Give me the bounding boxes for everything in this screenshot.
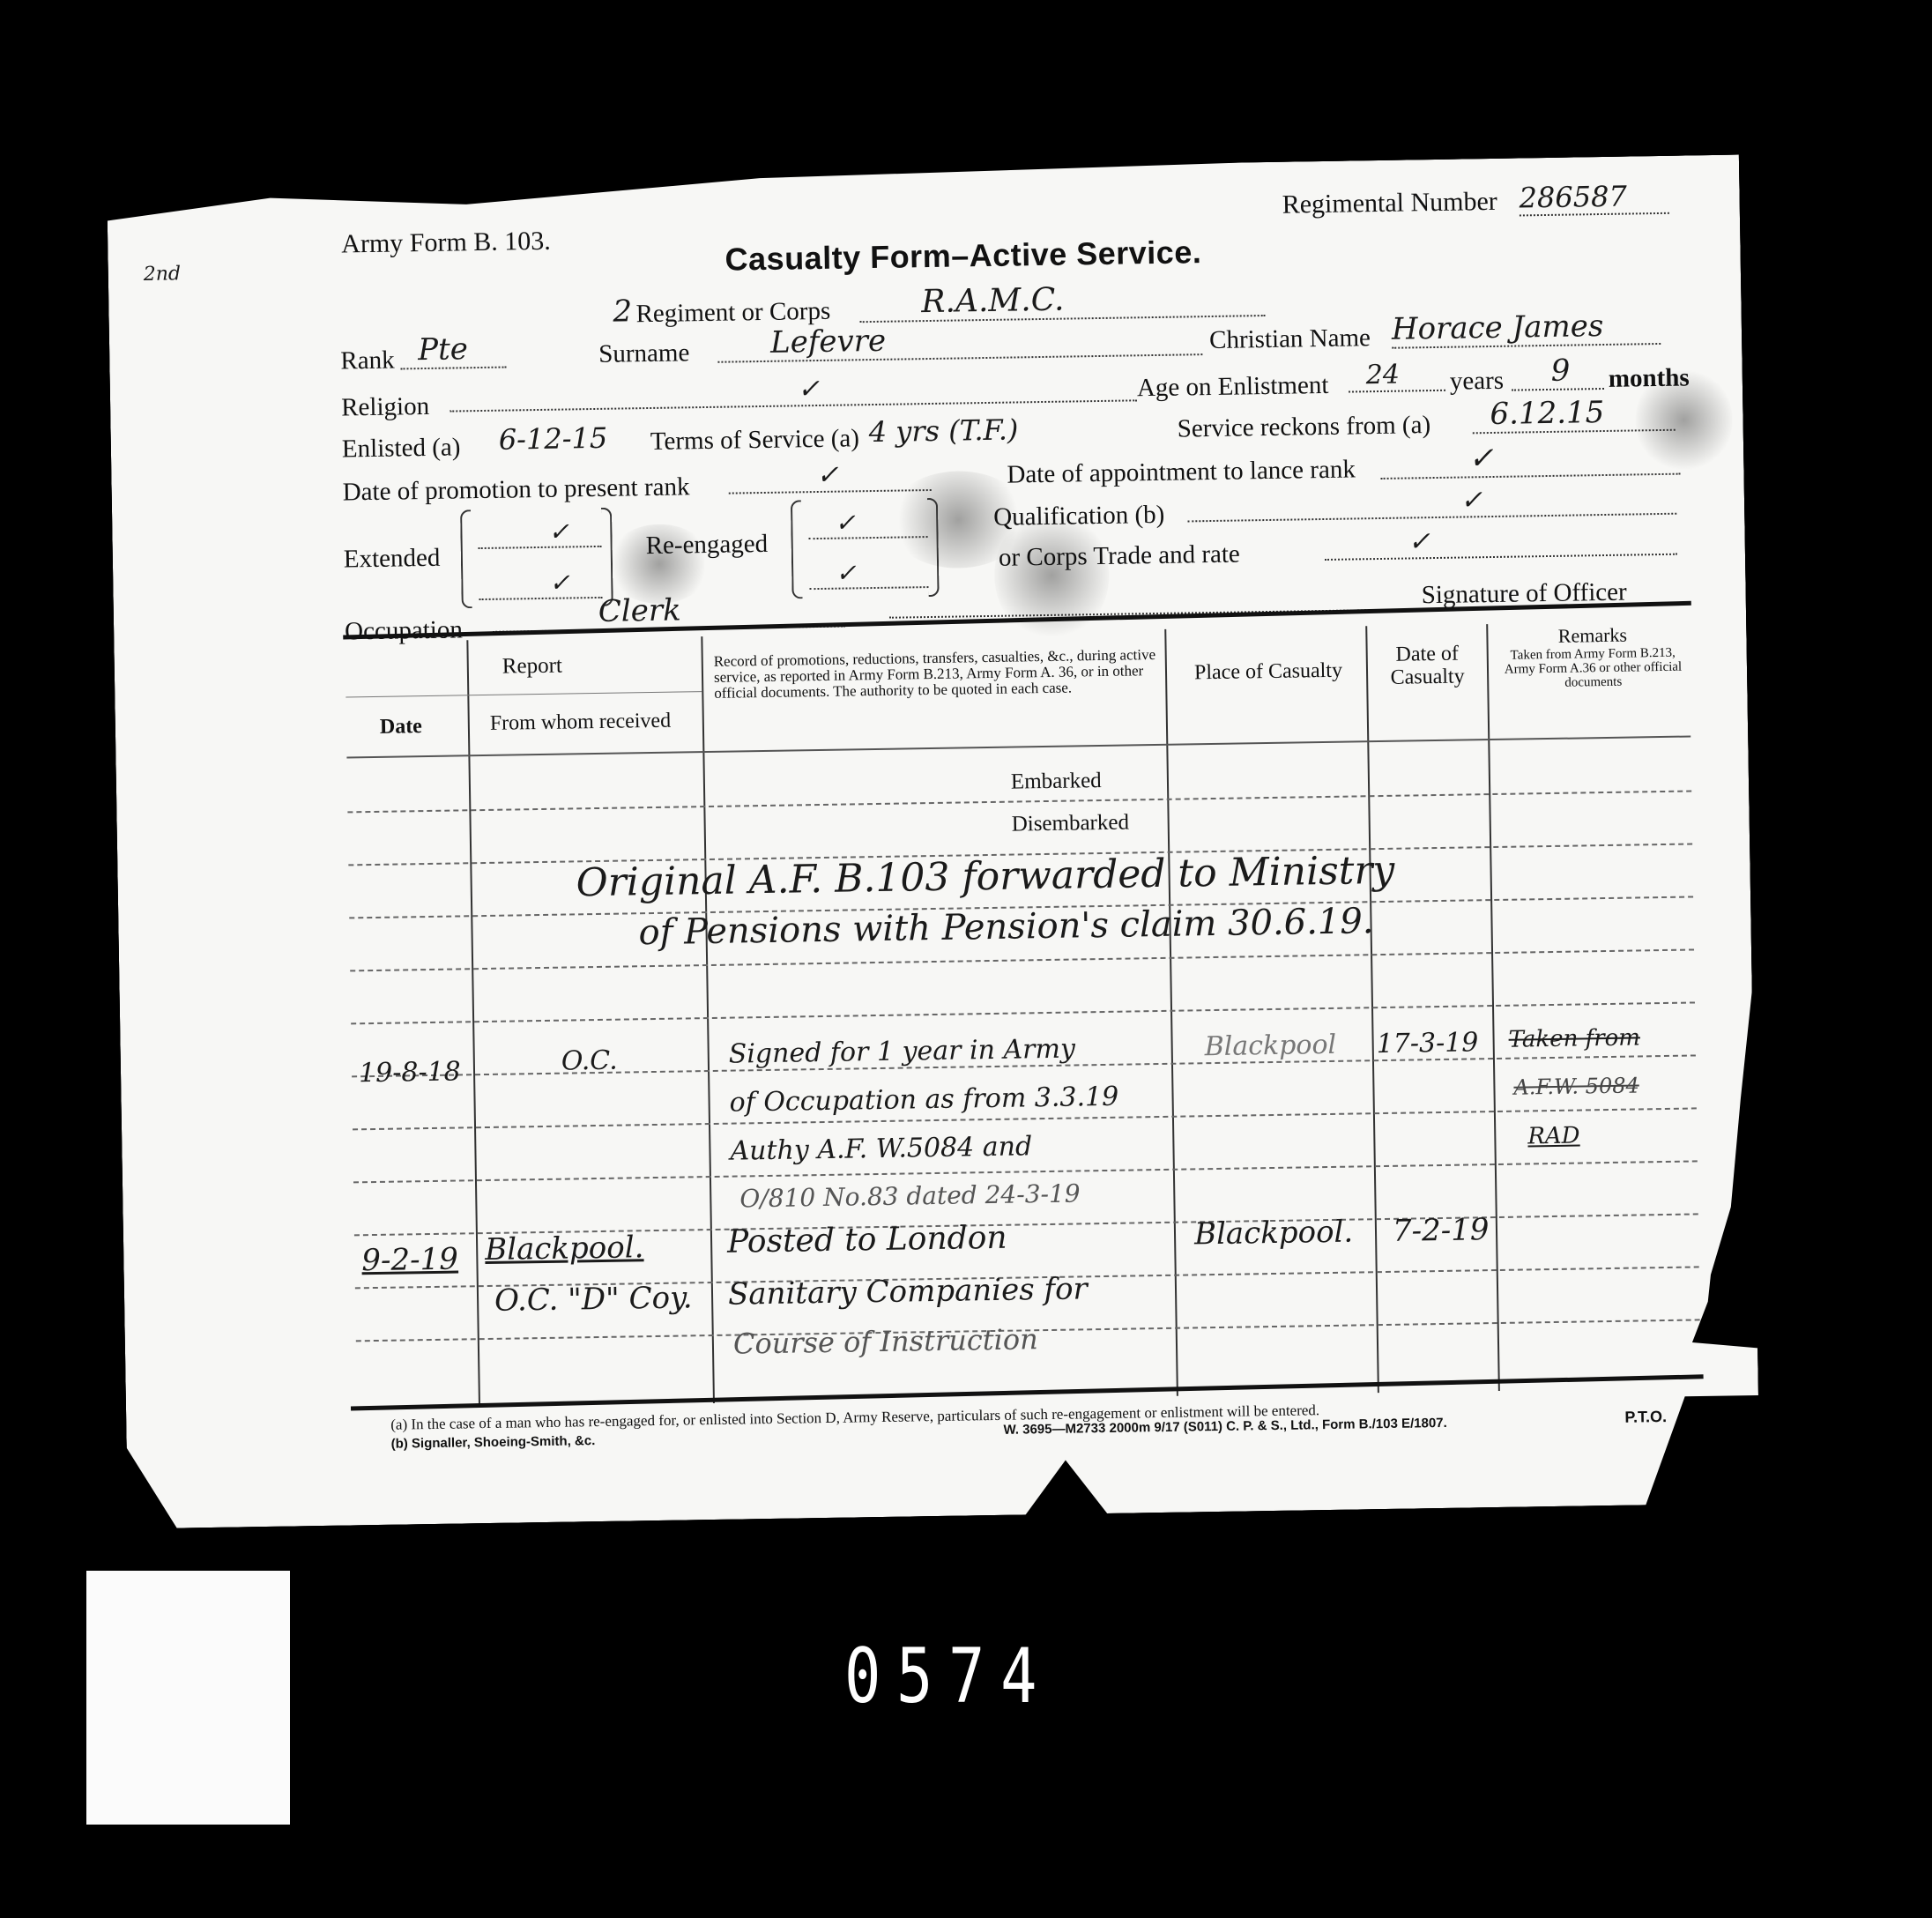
rank-value: Pte: [400, 331, 507, 370]
header-place-of-casualty: Place of Casualty: [1194, 659, 1342, 686]
reengaged-brace: [791, 500, 803, 598]
enlisted-label: Enlisted (a): [342, 433, 461, 464]
footnote-b: (b) Signaller, Shoeing-Smith, &c.: [391, 1433, 596, 1452]
enlisted-value: 6-12-15: [498, 421, 607, 457]
pto-marker: P.T.O.: [1624, 1408, 1667, 1427]
header-report: Report: [502, 654, 562, 680]
extended-brace: [601, 508, 613, 606]
row-remarks-line-1: Taken from: [1508, 1024, 1640, 1052]
regiment-value: R.A.M.C.: [859, 279, 1266, 323]
christian-name-label: Christian Name: [1209, 323, 1371, 355]
header-remarks-sub: Taken from Army Form B.213, Army Form A.…: [1498, 646, 1689, 691]
terms-label: Terms of Service (a): [650, 424, 860, 457]
service-reckons-label: Service reckons from (a): [1177, 411, 1430, 444]
qualification-value: ✓: [1187, 482, 1677, 523]
row-remarks-initials: RAD: [1527, 1123, 1580, 1150]
years-label: years: [1450, 367, 1505, 397]
age-months-value: 9: [1511, 353, 1604, 391]
form-id: Army Form B. 103.: [341, 227, 551, 260]
row-from-whom: O.C.: [561, 1045, 618, 1077]
footer-rule: [351, 1374, 1704, 1410]
religion-value: ✓: [450, 368, 1137, 412]
months-label: months: [1609, 363, 1690, 393]
header-from-whom: From whom received: [490, 710, 672, 736]
extended-brace: [460, 509, 472, 608]
row-record-line-1: Posted to London: [727, 1220, 1007, 1260]
regimental-number-label: Regimental Number: [1282, 187, 1497, 220]
disembarked-label: Disembarked: [1011, 811, 1129, 837]
surname-value: Lefevre: [717, 318, 1203, 363]
pension-note-line-2: of Pensions with Pension's claim 30.6.19…: [638, 901, 1374, 953]
row-date-of-casualty: 7-2-19: [1393, 1212, 1490, 1249]
corps-trade-label: or Corps Trade and rate: [999, 539, 1240, 572]
promotion-value: ✓: [728, 458, 932, 494]
row-from-whom-line-1: Blackpool.: [485, 1230, 644, 1268]
reengaged-value-1: ✓: [808, 507, 928, 539]
reengaged-label: Re-engaged: [645, 530, 768, 561]
frame-number: 0574: [844, 1632, 1052, 1721]
header-date-of-casualty: Date of Casualty: [1377, 642, 1479, 689]
occupation-label: Occupation: [345, 615, 463, 646]
row-date: 9-2-19: [361, 1242, 458, 1279]
margin-note: 2nd: [144, 263, 182, 286]
table-row: 19-8-18 O.C. Signed for 1 year in Army o…: [107, 155, 1739, 181]
age-years-value: 24: [1348, 359, 1445, 393]
lance-rank-label: Date of appointment to lance rank: [1007, 455, 1356, 489]
row-place: Blackpool.: [1194, 1215, 1354, 1253]
reengaged-value-2: ✓: [809, 557, 929, 590]
header-subrule: [346, 691, 702, 697]
embarked-label: Embarked: [1011, 769, 1102, 795]
surname-label: Surname: [598, 338, 690, 369]
corps-trade-value: ✓: [1324, 523, 1677, 561]
form-title: Casualty Form–Active Service.: [724, 234, 1201, 278]
regiment-prefix: 2: [613, 294, 632, 329]
extended-label: Extended: [344, 544, 441, 575]
row-record-line-3: Authy A.F. W.5084 and: [730, 1131, 1032, 1166]
row-from-whom-line-2: O.C. "D" Coy.: [494, 1280, 693, 1319]
promotion-label: Date of promotion to present rank: [342, 472, 689, 507]
table-row: 9-2-19 Blackpool. O.C. "D" Coy. Posted t…: [107, 155, 1739, 181]
religion-label: Religion: [341, 392, 429, 423]
header-record: Record of promotions, reductions, transf…: [714, 647, 1160, 702]
row-record-line-2: of Occupation as from 3.3.19: [729, 1082, 1118, 1119]
header-date: Date: [380, 715, 422, 740]
row-date-of-casualty: 17-3-19: [1376, 1027, 1478, 1059]
age-label: Age on Enlistment: [1137, 371, 1329, 403]
row-record-line-4: O/810 No.83 dated 24-3-19: [739, 1178, 1081, 1213]
blank-label-card: [86, 1571, 290, 1825]
christian-name-value: Horace James: [1392, 308, 1661, 349]
row-record-line-3: Course of Instruction: [733, 1322, 1038, 1360]
reengaged-brace: [927, 498, 940, 597]
terms-value: 4 yrs (T.F.): [868, 413, 1018, 449]
extended-value-1: ✓: [478, 517, 602, 549]
casualty-form-paper: 2nd Army Form B. 103. Regimental Number …: [107, 155, 1760, 1529]
row-date: 19-8-18: [359, 1056, 461, 1089]
row-record-line-2: Sanitary Companies for: [728, 1271, 1088, 1312]
service-reckons-value: 6.12.15: [1472, 394, 1676, 435]
row-record-line-1: Signed for 1 year in Army: [728, 1034, 1075, 1070]
row-remarks-line-2: A.F.W. 5084: [1513, 1073, 1639, 1099]
header-remarks: Remarks: [1497, 623, 1687, 649]
regimental-number-value: 286587: [1519, 179, 1669, 217]
qualification-label: Qualification (b): [993, 501, 1165, 532]
row-place: Blackpool: [1204, 1030, 1336, 1062]
pension-note-line-1: Original A.F. B.103 forwarded to Ministr…: [576, 848, 1394, 906]
rank-label: Rank: [340, 346, 395, 376]
lance-rank-value: ✓: [1380, 438, 1681, 479]
casualty-table: Report Date From whom received Record of…: [107, 155, 1739, 181]
